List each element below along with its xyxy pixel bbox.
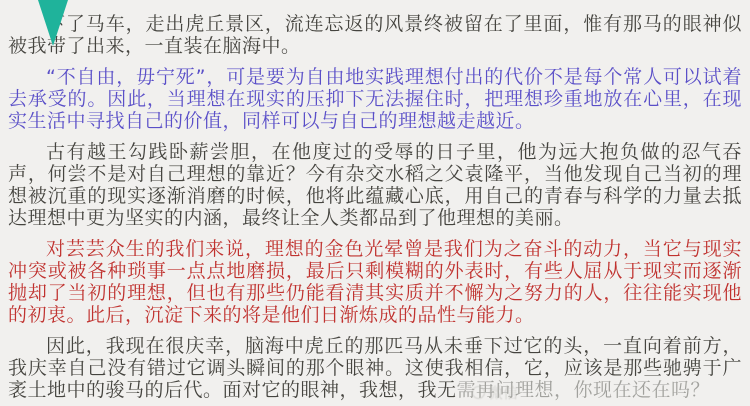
paragraph-5-faded-tail: 需再问理想，你现在还在吗？	[457, 379, 711, 401]
paragraph-2-highlight-purple: “不自由，毋宁死”，可是要为自由地实践理想付出的代价不是每个常人可以试着去承受的…	[8, 66, 742, 132]
paragraph-4-highlight-red: 对芸芸众生的我们来说，理想的金色光晕曾是我们为之奋斗的动力，当它与现实冲突或被各…	[8, 238, 742, 326]
corner-triangle-icon	[38, 0, 68, 46]
paragraph-3: 古有越王勾践卧薪尝胆，在他度过的受辱的日子里，他为远大抱负做的忍气吞声，何尝不是…	[8, 141, 742, 229]
paragraph-5: 因此，我现在很庆幸，脑海中虎丘的那匹马从未垂下过它的头，一直向着前方，我庆幸自己…	[8, 335, 742, 401]
paragraph-1: 下了马车，走出虎丘景区，流连忘返的风景终被留在了里面，惟有那马的眼神似被我带了出…	[8, 13, 742, 57]
essay-page: 下了马车，走出虎丘景区，流连忘返的风景终被留在了里面，惟有那马的眼神似被我带了出…	[0, 0, 750, 406]
